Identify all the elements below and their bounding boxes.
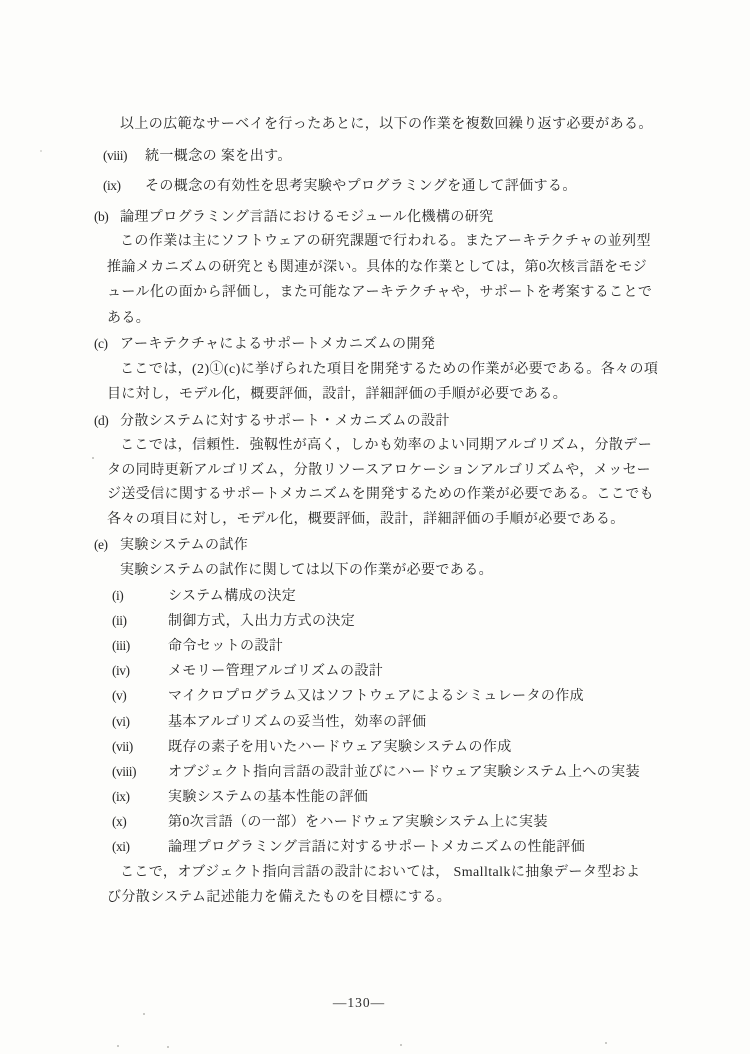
item-label: (ix) — [103, 177, 145, 195]
text-line: 目に対し，モデル化，概要評価，設計，詳細評価の手順が必要である。 — [107, 386, 567, 404]
item-label: (c) — [94, 335, 120, 353]
line-text: マイクロプログラム又はソフトウェアによるシミュレータの作成 — [168, 689, 584, 704]
text-line: ここで，オブジェクト指向言語の設計においては， Smalltalkに抽象データ型… — [120, 864, 640, 882]
scan-speckle — [167, 1046, 169, 1048]
line-text: 推論メカニズムの研究とも関連が深い。具体的な作業としては，第0次核言語をモジ — [107, 260, 647, 275]
text-line: (b)論理プログラミング言語におけるモジュール化機構の研究 — [94, 208, 494, 227]
line-text: 既存の素子を用いたハードウェア実験システムの作成 — [168, 740, 512, 755]
line-text: 命令セットの設計 — [168, 639, 283, 654]
line-text: オブジェクト指向言語の設計並びにハードウェア実験システム上への実装 — [168, 765, 640, 780]
text-line: 推論メカニズムの研究とも関連が深い。具体的な作業としては，第0次核言語をモジ — [107, 259, 647, 277]
scan-speckle — [400, 1044, 402, 1046]
page-number: —130— — [327, 995, 391, 1011]
text-line: (v)マイクロプログラム又はソフトウェアによるシミュレータの作成 — [112, 687, 584, 706]
text-line: (viii)統一概念の 案を出す。 — [103, 147, 292, 166]
text-line: タの同時更新アルゴリズム，分散リソースアロケーションアルゴリズムや，メッセー — [107, 462, 651, 480]
text-line: (e)実験システムの試作 — [94, 536, 248, 555]
item-label: (iv) — [112, 662, 168, 680]
line-text: ここで，オブジェクト指向言語の設計においては， Smalltalkに抽象データ型… — [120, 865, 640, 880]
line-text: 制御方式，入出力方式の決定 — [168, 614, 355, 629]
line-text: 各々の項目に対し，モデル化，概要評価，設計，詳細評価の手順が必要である。 — [107, 512, 625, 527]
line-text: タの同時更新アルゴリズム，分散リソースアロケーションアルゴリズムや，メッセー — [107, 463, 651, 478]
text-line: (ix)その概念の有効性を思考実験やプログラミングを通して評価する。 — [103, 177, 577, 196]
item-label: (vi) — [112, 713, 168, 731]
item-label: (viii) — [112, 763, 168, 781]
line-text: 目に対し，モデル化，概要評価，設計，詳細評価の手順が必要である。 — [107, 387, 567, 402]
scanned-document-page: 以上の広範なサーベイを行ったあとに，以下の作業を複数回繰り返す必要がある。(vi… — [0, 0, 750, 1054]
text-line: ある。 — [107, 310, 150, 328]
line-text: ジ送受信に関するサポートメカニズムを開発するための作業が必要である。ここでも — [107, 487, 654, 502]
line-text: 以上の広範なサーベイを行ったあとに，以下の作業を複数回繰り返す必要がある。 — [120, 117, 653, 132]
line-text: アーキテクチャによるサポートメカニズムの開発 — [120, 337, 435, 352]
text-line: び分散システム記述能力を備えたものを目標にする。 — [107, 889, 451, 907]
item-label: (vii) — [112, 738, 168, 756]
text-line: 以上の広範なサーベイを行ったあとに，以下の作業を複数回繰り返す必要がある。 — [120, 116, 653, 134]
item-label: (b) — [94, 208, 120, 226]
text-line: (d)分散システムに対するサポート・メカニズムの設計 — [94, 412, 450, 431]
text-line: (iv)メモリー管理アルゴリズムの設計 — [112, 662, 383, 681]
scan-speckle — [143, 1013, 145, 1015]
line-text: ある。 — [107, 311, 150, 326]
line-text: 実験システムの試作 — [120, 538, 248, 553]
line-text: 第0次言語（の一部）をハードウェア実験システム上に実装 — [168, 815, 548, 830]
item-label: (x) — [112, 813, 168, 831]
text-line: ここでは，(2)①(c)に挙げられた項目を開発するための作業が必要である。各々の… — [120, 361, 658, 379]
text-line: この作業は主にソフトウェアの研究課題で行われる。またアーキテクチャの並列型 — [120, 233, 651, 251]
item-label: (xi) — [112, 838, 168, 856]
item-label: (i) — [112, 587, 168, 605]
text-line: (x)第0次言語（の一部）をハードウェア実験システム上に実装 — [112, 813, 548, 832]
text-line: (vi)基本アルゴリズムの妥当性，効率の評価 — [112, 713, 426, 732]
text-line: (vii)既存の素子を用いたハードウェア実験システムの作成 — [112, 738, 512, 757]
text-line: (xi)論理プログラミング言語に対するサポートメカニズムの性能評価 — [112, 838, 585, 857]
scan-speckle — [605, 1042, 607, 1044]
line-text: ュール化の面から評価し，また可能なアーキテクチャや，サポートを考案することで — [107, 285, 652, 300]
text-line: (ix)実験システムの基本性能の評価 — [112, 788, 368, 807]
text-line: ここでは，信頼性．強靱性が高く，しかも効率のよい同期アルゴリズム，分散デー — [120, 437, 652, 455]
text-line: (c)アーキテクチャによるサポートメカニズムの開発 — [94, 335, 435, 354]
line-text: 実験システムの試作に関しては以下の作業が必要である。 — [120, 563, 493, 578]
line-text: 論理プログラミング言語におけるモジュール化機構の研究 — [120, 210, 494, 225]
line-text: この作業は主にソフトウェアの研究課題で行われる。またアーキテクチャの並列型 — [120, 234, 651, 249]
text-line: (iii)命令セットの設計 — [112, 637, 283, 656]
text-line: (i)システム構成の決定 — [112, 587, 296, 606]
line-text: システム構成の決定 — [168, 589, 296, 604]
scan-speckle — [40, 150, 42, 152]
item-label: (e) — [94, 536, 120, 554]
item-label: (v) — [112, 687, 168, 705]
line-text: び分散システム記述能力を備えたものを目標にする。 — [107, 890, 451, 905]
line-text: 統一概念の 案を出す。 — [145, 149, 292, 164]
line-text: その概念の有効性を思考実験やプログラミングを通して評価する。 — [145, 179, 577, 194]
item-label: (iii) — [112, 637, 168, 655]
text-line: ジ送受信に関するサポートメカニズムを開発するための作業が必要である。ここでも — [107, 486, 654, 504]
line-text: 実験システムの基本性能の評価 — [168, 790, 368, 805]
text-line: (ii)制御方式，入出力方式の決定 — [112, 612, 355, 631]
scan-speckle — [117, 1045, 119, 1047]
line-text: ここでは，(2)①(c)に挙げられた項目を開発するための作業が必要である。各々の… — [120, 362, 658, 377]
text-line: ュール化の面から評価し，また可能なアーキテクチャや，サポートを考案することで — [107, 284, 652, 302]
line-text: ここでは，信頼性．強靱性が高く，しかも効率のよい同期アルゴリズム，分散デー — [120, 438, 652, 453]
line-text: メモリー管理アルゴリズムの設計 — [168, 664, 383, 679]
item-label: (d) — [94, 412, 120, 430]
scan-speckle — [92, 457, 94, 459]
line-text: 論理プログラミング言語に対するサポートメカニズムの性能評価 — [168, 840, 585, 855]
text-line: (viii)オブジェクト指向言語の設計並びにハードウェア実験システム上への実装 — [112, 763, 640, 782]
item-label: (viii) — [103, 147, 145, 165]
text-line: 実験システムの試作に関しては以下の作業が必要である。 — [120, 562, 493, 580]
text-line: 各々の項目に対し，モデル化，概要評価，設計，詳細評価の手順が必要である。 — [107, 511, 625, 529]
item-label: (ii) — [112, 612, 168, 630]
line-text: 分散システムに対するサポート・メカニズムの設計 — [120, 414, 450, 429]
item-label: (ix) — [112, 788, 168, 806]
line-text: 基本アルゴリズムの妥当性，効率の評価 — [168, 715, 426, 730]
